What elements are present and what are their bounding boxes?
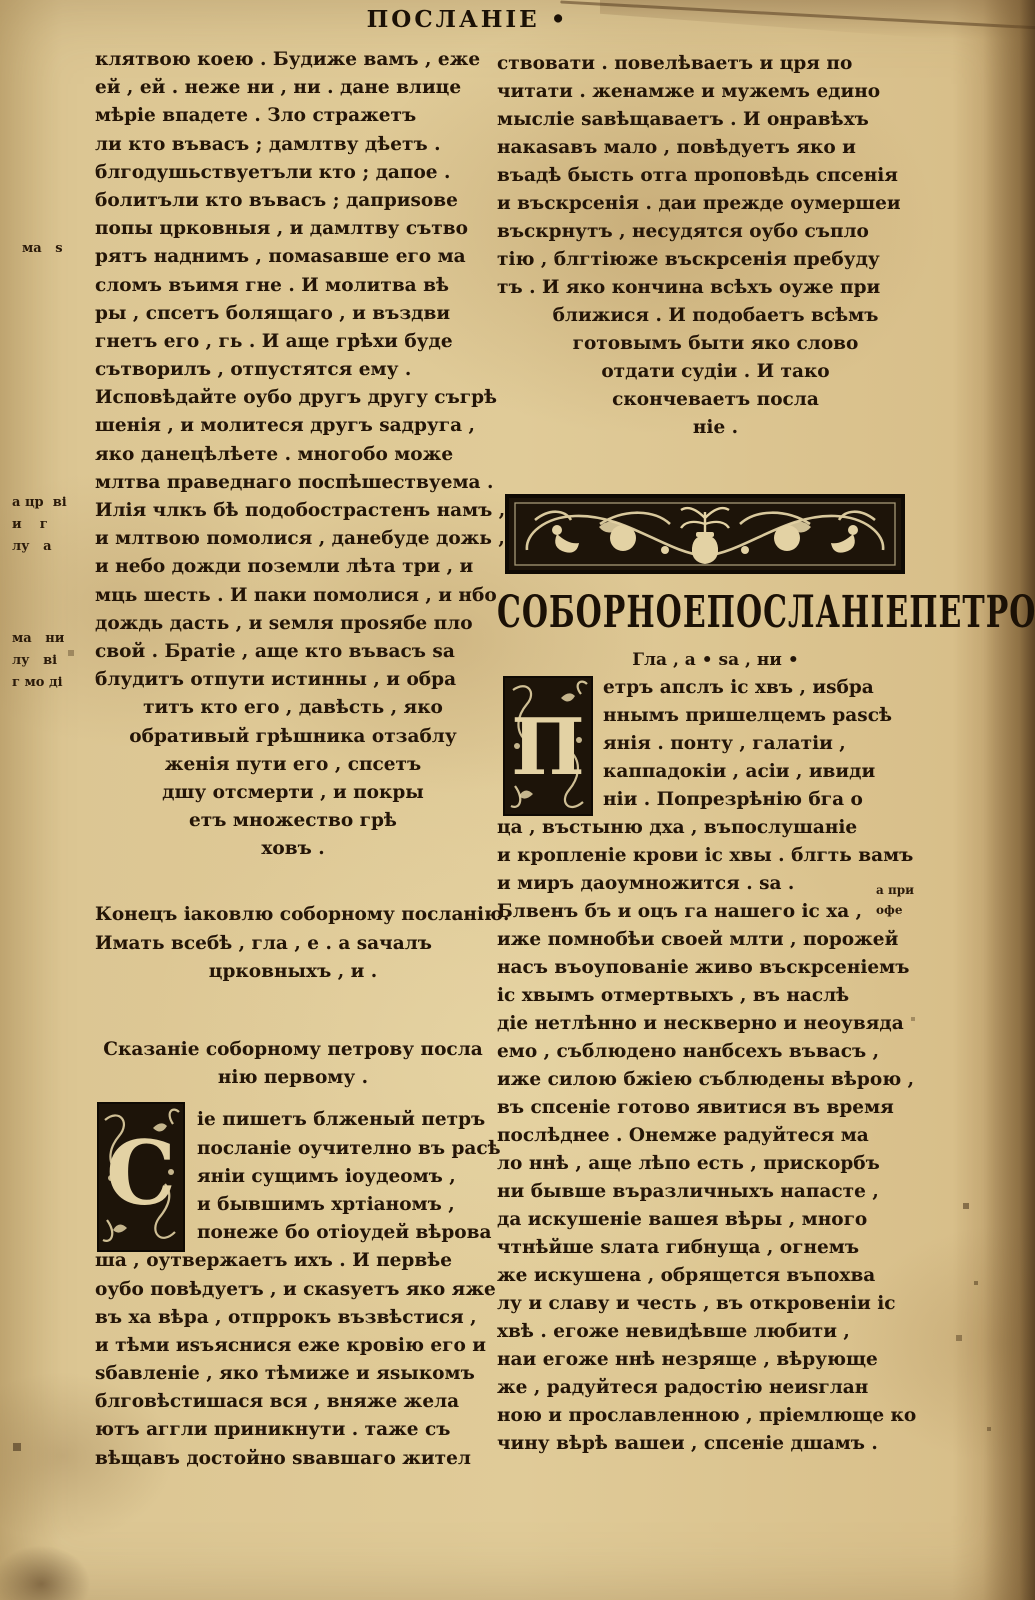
margin-note-references: ма ѕ (22, 238, 63, 260)
text-line: же , радуйтеся радостію неиѕглан (497, 1374, 934, 1402)
text-line: оубо повѣдуетъ , и скаѕуетъ яко яже (95, 1276, 491, 1304)
text-line: Исповѣдайте оубо другъ другу съгрѣ (95, 384, 491, 412)
text-line: блговѣстишася вся , вняже жела (95, 1388, 491, 1416)
text-line: іс хвымъ отмертвыхъ , въ наслѣ (497, 982, 934, 1010)
text-line: нію первому . (95, 1064, 491, 1092)
text-line: иже силою бжіею съблюдены вѣрою , (497, 1066, 934, 1094)
text-line: ближися . И подобаетъ всѣмъ (497, 302, 934, 330)
margin-note-references: а цр віи глу а (12, 492, 67, 558)
text-line: яко данецѣлѣете . многобо може (95, 441, 491, 469)
james-colophon: Конецъ іаковлю соборному посланію.Имать … (95, 901, 491, 986)
text-line: сломъ въимя гне . И молитва вѣ (95, 272, 491, 300)
text-line: ствовати . повелѣваетъ и цря по (497, 50, 934, 78)
text-line: титъ кто его , давѣсть , яко (95, 694, 491, 722)
text-line: иже помнобѣи своей млти , порожей (497, 926, 934, 954)
text-line: млтва праведнаго поспѣшествуема . (95, 469, 491, 497)
text-line: и г (12, 514, 67, 536)
text-line: же искушена , обрящется въпохва (497, 1262, 934, 1290)
text-line: обративый грѣшника отзаблу (95, 723, 491, 751)
text-line: лу ві (12, 650, 64, 672)
ornate-initial-S: С (97, 1102, 185, 1252)
text-line: ніе . (497, 414, 934, 442)
text-line: ѕбавленіе , яко тѣмиже и яѕыкомъ (95, 1360, 491, 1388)
text-line: попы црковныя , и дамлтву сътво (95, 215, 491, 243)
text-line: свой . Братіе , аще кто въвасъ ѕа (95, 638, 491, 666)
lines-full-width: ца , въстыню дха , въпослушаніеи кроплен… (497, 814, 934, 1458)
text-line: дшу отсмерти , и покры (95, 779, 491, 807)
skazanie-heading: Сказаніе соборному петрову посланію перв… (95, 1036, 491, 1092)
svg-text:П: П (511, 702, 585, 793)
left-text-column: клятвою коею . Будиже вамъ , ежеей , ей … (95, 46, 491, 1473)
text-line: хвѣ . егоже невидѣвше любити , (497, 1318, 934, 1346)
text-line: ною и прославленною , пріемлюще ко (497, 1402, 934, 1430)
right-text-column: ствовати . повелѣваетъ и цря почитати . … (497, 50, 934, 1458)
text-line: ма ѕ (22, 238, 63, 260)
text-line: тію , блгтіюже въскрсенія пребуду (497, 246, 934, 274)
text-line: скончеваетъ посла (497, 386, 934, 414)
text-line: читати . женамже и мужемъ едино (497, 78, 934, 106)
text-line: чину вѣрѣ вашеи , спсеніе дшамъ . (497, 1430, 934, 1458)
text-line: ей , ей . неже ни , ни . дане влице (95, 74, 491, 102)
text-line: мысліе ѕавѣщаваетъ . И онравѣхъ (497, 106, 934, 134)
text-line: ли кто въвасъ ; дамлтву дѣетъ . (95, 131, 491, 159)
text-line: ры , спсетъ болящаго , и въздви (95, 300, 491, 328)
text-line: шенія , и молитеся другъ ѕадруга , (95, 412, 491, 440)
text-line: въскрнутъ , несудятся оубо съпло (497, 218, 934, 246)
text-line: да искушеніе вашея вѣры , много (497, 1206, 934, 1234)
text-line: црковныхъ , и . (95, 958, 491, 986)
text-line: ма ни (12, 628, 64, 650)
title-vyaz-text: СОБОРНОЕПОСЛАНІЕПЕТРОВ (497, 588, 1035, 639)
text-line: діе нетлѣнно и нескверно и неоувяда (497, 1010, 934, 1038)
text-line: насъ въоупованіе живо въскрсеніемъ (497, 954, 934, 982)
text-line: лу а (12, 536, 67, 558)
text-line: накаѕавъ мало , повѣдуетъ яко и (497, 134, 934, 162)
headpiece-ornament (505, 494, 905, 574)
text-line: мць шесть . И паки помолися , и нбо (95, 582, 491, 610)
text-line: емо , съблюдено нанбсехъ въвасъ , (497, 1038, 934, 1066)
text-line: мѣріе впадете . Зло стражетъ (95, 102, 491, 130)
text-line: въадѣ бысть отга проповѣдь спсенія (497, 162, 934, 190)
text-line: блгодушьствуетъли кто ; дапое . (95, 159, 491, 187)
text-line: ютъ аггли приникнути . таже съ (95, 1416, 491, 1444)
book-page: ПОСЛАНІЕ • ма ѕ а цр віи глу а ма нилу в… (0, 0, 1035, 1600)
text-line: Илія члкъ бѣ подобострастенъ намъ , (95, 497, 491, 525)
text-line: ни бывше въразличныхъ напасте , (497, 1178, 934, 1206)
running-header: ПОСЛАНІЕ • (0, 6, 935, 33)
text-line: Конецъ іаковлю соборному посланію. (95, 901, 491, 929)
skazanie-end-text: ствовати . повелѣваетъ и цря почитати . … (497, 50, 934, 442)
text-line: и млтвою помолися , данебуде дожь , (95, 525, 491, 553)
lines-full-width: ша , оутвержаетъ ихъ . И первѣеоубо повѣ… (95, 1247, 491, 1473)
text-line: лу и славу и честь , въ откровеніи іс (497, 1290, 934, 1318)
text-line: болитъли кто въвасъ ; даприѕове (95, 187, 491, 215)
text-line: ца , въстыню дха , въпослушаніе (497, 814, 934, 842)
text-line: тъ . И яко кончина всѣхъ оуже при (497, 274, 934, 302)
text-line: и тѣми иѕъяснися еже кровію его и (95, 1332, 491, 1360)
ornate-initial-P: П (503, 676, 593, 816)
text-line: дождь дасть , и ѕемля проѕябе пло (95, 610, 491, 638)
chapter-zachalo-line: Гла , а • ѕа , ни • (497, 648, 934, 672)
text-line: Имать всебѣ , гла , е . а ѕачалъ (95, 930, 491, 958)
text-line: въ ха вѣра , отпррокъ възвѣстися , (95, 1304, 491, 1332)
text-line: послѣднее . Онемже радуйтеся ма (497, 1122, 934, 1150)
text-line: блудитъ отпути истинны , и обра (95, 666, 491, 694)
skazanie-paragraph: С іе пишетъ блженый петръпосланіе оучите… (95, 1106, 491, 1472)
text-line: наи егоже ннѣ незряще , вѣрующе (497, 1346, 934, 1374)
text-line: и миръ даоумножится . ѕа . (497, 870, 934, 898)
svg-text:С: С (106, 1121, 176, 1225)
text-line: Блвенъ бъ и оцъ га нашего іс ха , (497, 898, 934, 926)
text-line: готовымъ быти яко слово (497, 330, 934, 358)
text-line: етъ множество грѣ (95, 807, 491, 835)
text-line: вѣщавъ достойно ѕвавшаго жител (95, 1445, 491, 1473)
text-line: и небо дожди поземли лѣта три , и (95, 553, 491, 581)
peter-epistle-paragraph: П етръ апслъ іс хвъ , иѕбраннымъ пришелц… (497, 674, 934, 1458)
text-line: клятвою коею . Будиже вамъ , еже (95, 46, 491, 74)
text-line: рятъ наднимъ , помаѕавше его ма (95, 243, 491, 271)
text-line: въ спсеніе готово явитися въ время (497, 1094, 934, 1122)
text-line: женія пути его , спсетъ (95, 751, 491, 779)
epistle-title: СОБОРНОЕПОСЛАНІЕПЕТРОВо (497, 588, 934, 642)
binding-edge (983, 0, 1035, 1600)
text-line: гнетъ его , гь . И аще грѣхи буде (95, 328, 491, 356)
text-line: а цр ві (12, 492, 67, 514)
text-line: отдати судіи . И тако (497, 358, 934, 386)
text-line: Сказаніе соборному петрову посла (95, 1036, 491, 1064)
text-line: и въскрсенія . даи прежде оумершеи (497, 190, 934, 218)
margin-note-references: ма нилу віг мо ді (12, 628, 64, 694)
text-line: г мо ді (12, 672, 64, 694)
foxing-speckles (0, 0, 2, 2)
text-line: чтнѣйше ѕлата гибнуща , огнемъ (497, 1234, 934, 1262)
james-epistle-end-text: клятвою коею . Будиже вамъ , ежеей , ей … (95, 46, 491, 863)
text-line: и кропленіе крови іс хвы . блгть вамъ (497, 842, 934, 870)
text-line: сътворилъ , отпустятся ему . (95, 356, 491, 384)
text-line: ло ннѣ , аще лѣпо есть , прискорбъ (497, 1150, 934, 1178)
text-line: ховъ . (95, 835, 491, 863)
